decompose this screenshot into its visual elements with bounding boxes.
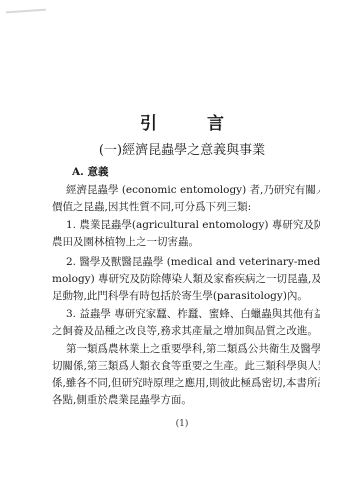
paragraph-line: 足動物,此門科學有時包括於寄生學(parasitology)內。 <box>52 290 320 303</box>
paragraph-line: 1. 農業昆蟲學(agricultural entomology) 專研究及防除… <box>66 219 320 232</box>
page-title: 引 言 <box>0 109 364 134</box>
paragraph-line: 農田及園林植物上之一切害蟲。 <box>52 236 320 249</box>
paragraph-line: 2. 醫學及獸醫昆蟲學 (medical and veterinary-medi… <box>66 256 320 269</box>
paragraph-line: 之飼養及品種之改良等,務求其產量之增加與品質之改進。 <box>52 325 320 338</box>
section-a-heading: A. 意義 <box>72 166 340 179</box>
section-title: (一)經濟昆蟲學之意義與事業 <box>0 139 364 158</box>
paragraph-line: 3. 益蟲學 專研究家蠶、柞蠶、蜜蜂、白蠟蟲與其他有益昆蟲 <box>66 308 320 321</box>
paragraph-line: 第一類爲農林業上之重要學科,第二類爲公共衛生及醫學有密 <box>66 343 320 356</box>
scan-artifact <box>6 9 46 14</box>
paragraph-line: 切關係,第三類爲人類衣食等重要之生產。此三類科學與人類之關 <box>52 360 320 373</box>
paragraph-line: mology) 專研究及防除傳染人類及家畜疾病之一切昆蟲,及其他節 <box>52 273 320 286</box>
page-number: (1) <box>0 419 364 429</box>
paragraph-line: 經濟昆蟲學 (economic entomology) 者,乃研究有關人類經濟 <box>66 184 320 197</box>
paragraph-line: 價值之昆蟲,因其性質不同,可分爲下列三類: <box>52 201 320 214</box>
paragraph-line: 係,雖各不同,但研究時原理之應用,則彼此極爲密切,本書所討論 <box>52 377 320 390</box>
paragraph-line: 各點,側重於農業昆蟲學方面。 <box>52 394 320 407</box>
